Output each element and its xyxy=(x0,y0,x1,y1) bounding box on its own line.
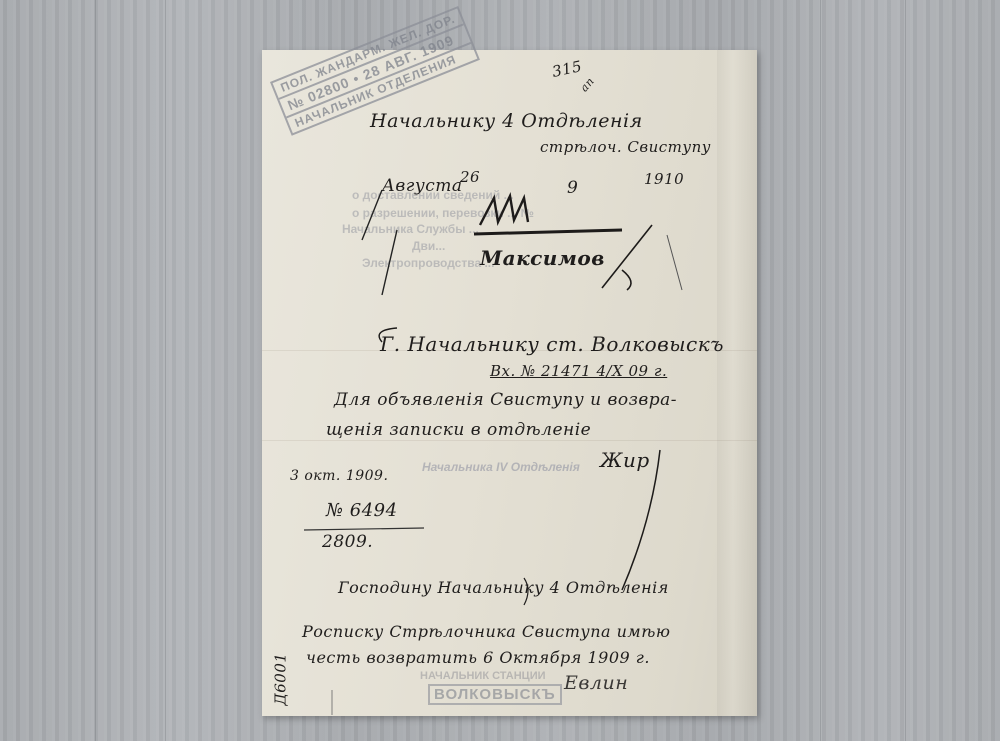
signature-evlin: Евлин xyxy=(564,672,628,694)
body-line-2: щенія записки в отдѣленіе xyxy=(326,420,591,440)
office-stamp-text: Начальника IV Отдѣленія xyxy=(422,460,580,474)
wood-grain-line xyxy=(820,0,821,741)
incoming-reference: Вх. № 21471 4/X 09 г. xyxy=(490,362,667,380)
margin-number: Д6001 xyxy=(271,653,289,706)
wood-grain-line xyxy=(165,0,166,741)
heading-to-station-chief: Г. Начальнику ст. Волковыскъ xyxy=(380,332,724,356)
signature-maksimov: Максимов xyxy=(480,246,605,270)
body-line-1: Для объявленія Свиступу и возвра- xyxy=(334,390,677,410)
reply-heading: Господину Начальнику 4 Отдѣленія xyxy=(338,578,669,597)
wood-grain-line xyxy=(905,0,906,741)
receipt-number: № 6494 xyxy=(326,500,398,521)
signature-zhir: Жир xyxy=(600,448,650,472)
reply-line-1: Росписку Стрѣлочника Свиступа имѣю xyxy=(302,622,670,641)
document-sheet: о доставлении сведений ... о разрешении,… xyxy=(262,50,757,716)
receipt-date: 3 окт. 1909. xyxy=(290,468,388,484)
pen-strokes xyxy=(262,50,757,716)
reply-line-2: честь возвратить 6 Октября 1909 г. xyxy=(306,648,650,667)
wood-grain-line xyxy=(95,0,96,741)
station-stamp: ВОЛКОВЫСКЪ xyxy=(428,684,562,705)
station-stamp-header: НАЧАЛЬНИК СТАНЦИИ xyxy=(420,670,546,682)
receipt-number-denominator: 2809. xyxy=(322,532,373,552)
